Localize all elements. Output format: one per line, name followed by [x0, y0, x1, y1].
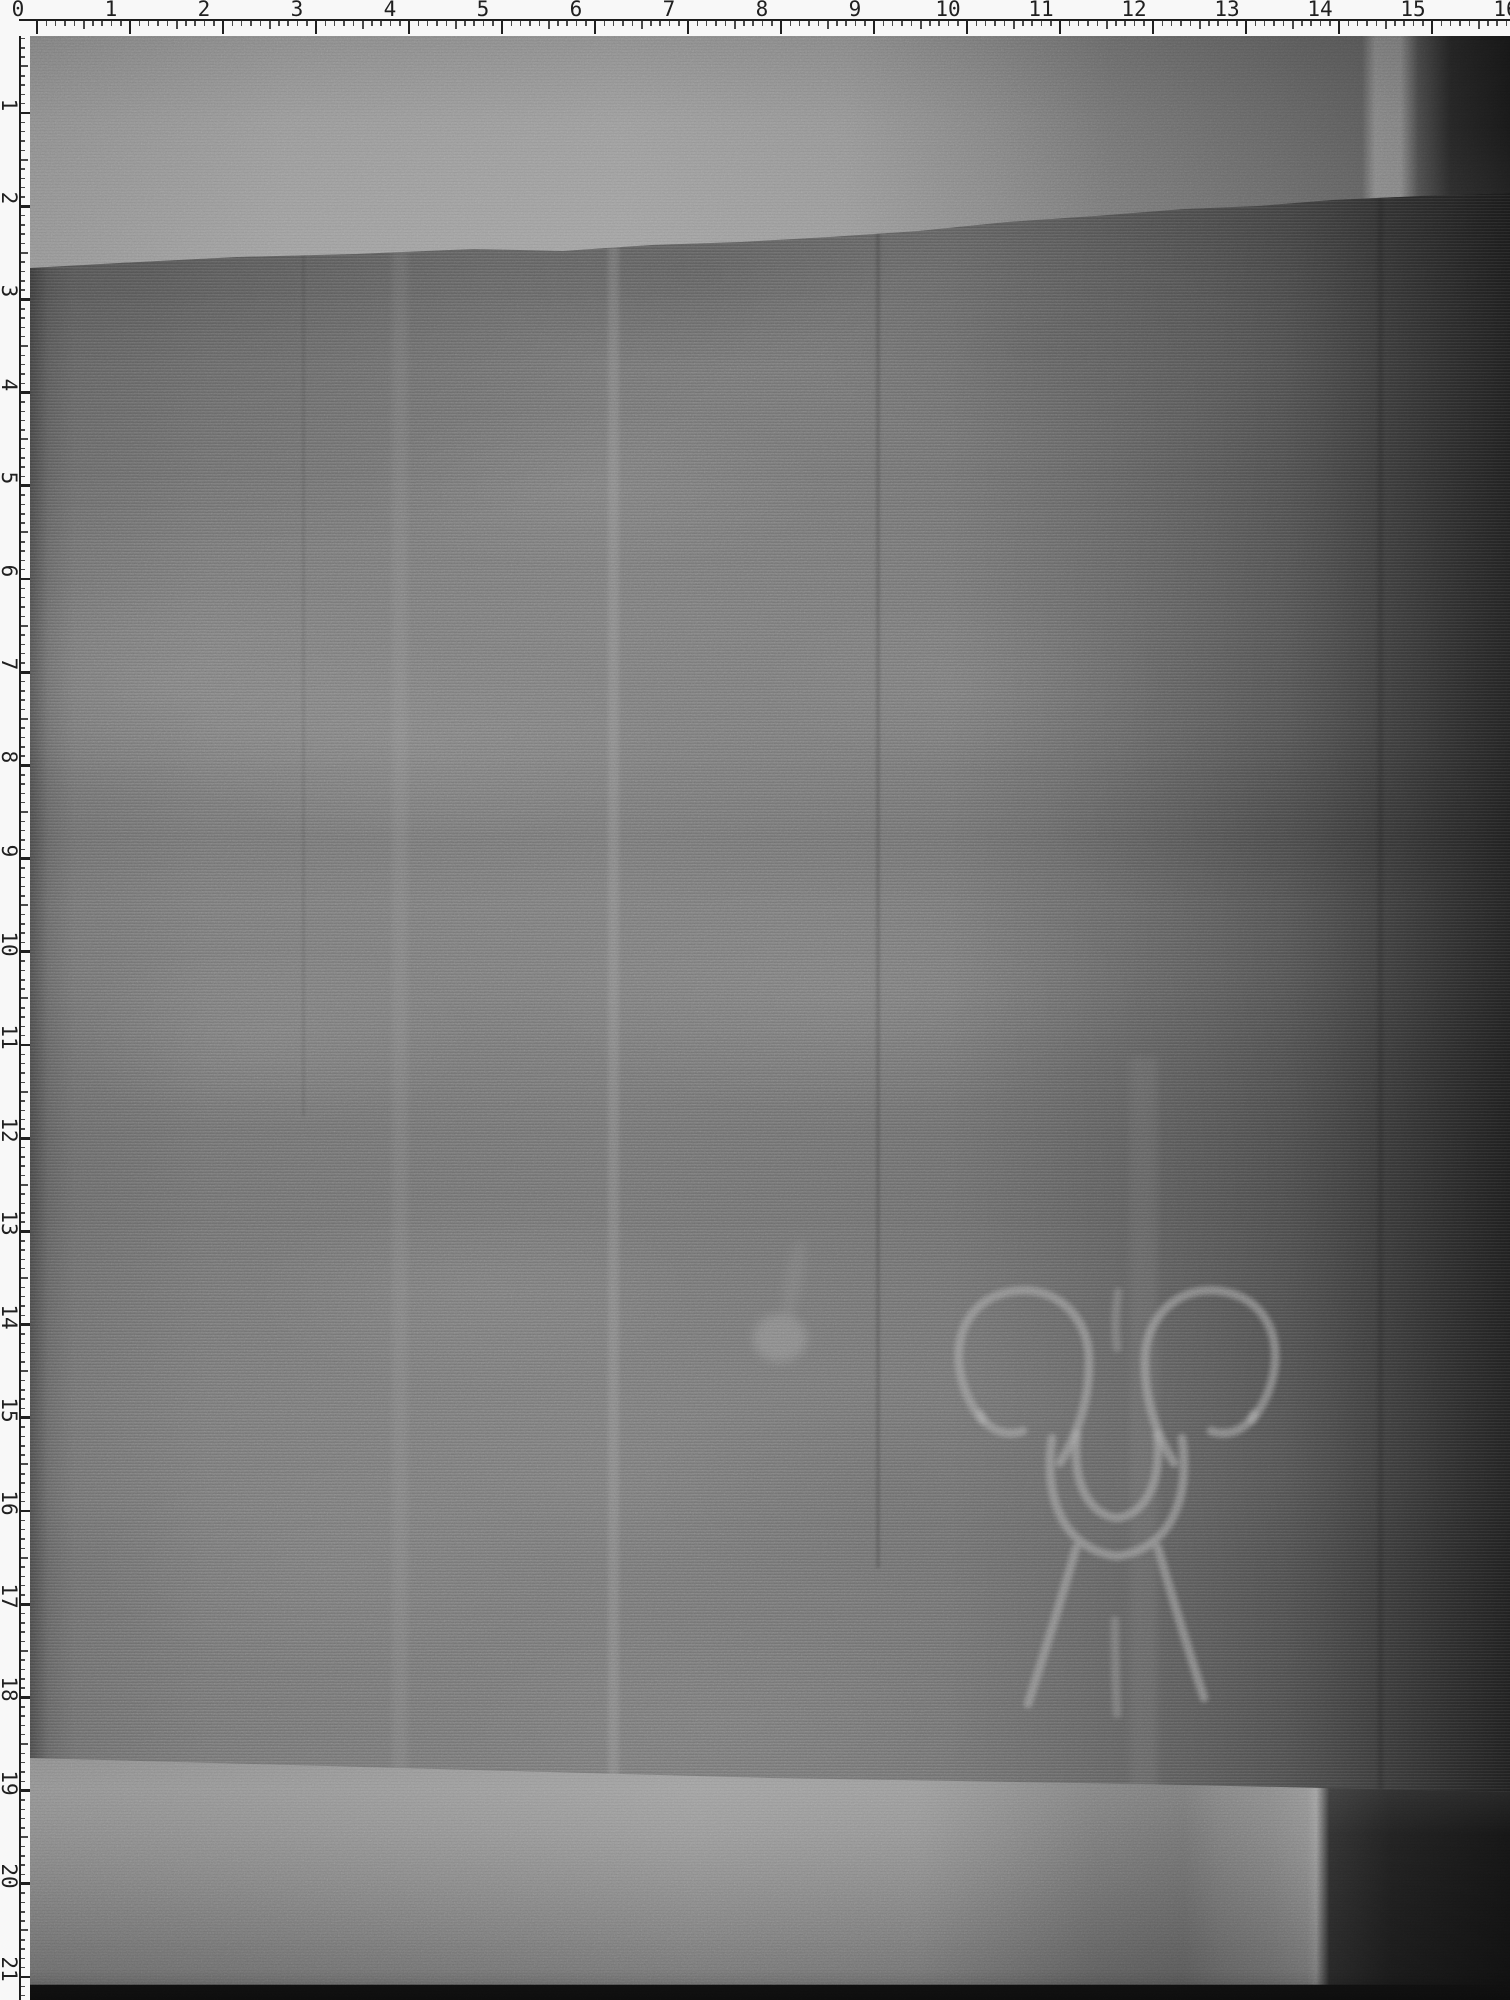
ruler-mm-tick	[19, 886, 25, 888]
ruler-mm-tick	[19, 1715, 25, 1717]
ruler-mm-tick	[19, 690, 25, 692]
ruler-cm-tick	[1245, 19, 1248, 34]
ruler-mm-tick	[883, 19, 885, 26]
ruler-mm-tick	[19, 1576, 25, 1578]
ruler-mm-tick	[19, 1911, 25, 1913]
ruler-mm-tick	[19, 1259, 25, 1261]
ruler-mm-tick	[697, 19, 699, 26]
emblem-right-leg	[1158, 1548, 1204, 1698]
ruler-mm-tick	[19, 47, 25, 49]
ruler-mm-tick	[818, 19, 820, 26]
ruler-halfcm-tick	[19, 1929, 28, 1931]
ruler-label: 18	[0, 1670, 19, 1708]
ruler-mm-tick	[19, 1082, 25, 1084]
ruler-mm-tick	[427, 19, 429, 26]
ruler-mm-tick	[19, 1548, 25, 1550]
ruler-mm-tick	[19, 38, 25, 40]
ruler-halfcm-tick	[19, 1184, 28, 1186]
ruler-halfcm-tick	[19, 438, 28, 440]
ruler-mm-tick	[19, 1175, 25, 1177]
ruler-label: 5	[463, 0, 503, 19]
ruler-label: 8	[742, 0, 782, 19]
ruler-mm-tick	[19, 1287, 25, 1289]
ruler-mm-tick	[743, 19, 745, 26]
ruler-mm-tick	[343, 19, 345, 26]
ruler-mm-tick	[101, 19, 103, 26]
ruler-label: 3	[277, 0, 317, 19]
ruler-mm-tick	[19, 1827, 25, 1829]
ruler-mm-tick	[539, 19, 541, 26]
ruler-left-baseline	[19, 19, 21, 2000]
ruler-mm-tick	[19, 681, 25, 683]
ruler-mm-tick	[19, 1063, 25, 1065]
ruler-halfcm-tick	[19, 625, 28, 627]
ruler-mm-tick	[1069, 19, 1071, 26]
ruler-mm-tick	[19, 1762, 25, 1764]
ruler-halfcm-tick	[1013, 19, 1015, 29]
ruler-halfcm-tick	[1385, 19, 1387, 29]
ruler-mm-tick	[19, 1054, 25, 1056]
ruler-mm-tick	[1255, 19, 1257, 26]
ruler-mm-tick	[19, 550, 25, 552]
ruler-mm-tick	[19, 839, 25, 841]
ruler-mm-tick	[19, 1920, 25, 1922]
ruler-mm-tick	[19, 178, 25, 180]
papyrus-sheet	[30, 36, 1510, 2000]
ruler-label: 6	[0, 552, 19, 590]
ruler-mm-tick	[19, 1725, 25, 1727]
ruler-mm-tick	[715, 19, 717, 26]
ruler-cm-tick	[19, 298, 30, 301]
ruler-cm-tick	[19, 857, 30, 860]
ruler-mm-tick	[185, 19, 187, 26]
ruler-mm-tick	[845, 19, 847, 26]
ruler-label: 2	[184, 0, 224, 19]
ruler-mm-tick	[19, 401, 25, 403]
ruler-label: 17	[0, 1577, 19, 1615]
ruler-halfcm-tick	[1199, 19, 1201, 29]
ruler-label: 12	[0, 1111, 19, 1149]
ruler-mm-tick	[19, 746, 25, 748]
ruler-mm-tick	[19, 737, 25, 739]
ruler-mm-tick	[19, 1389, 25, 1391]
ruler-mm-tick	[399, 19, 401, 26]
ruler-mm-tick	[911, 19, 913, 26]
ruler-mm-tick	[19, 727, 25, 729]
ruler-mm-tick	[799, 19, 801, 26]
ruler-label: 4	[370, 0, 410, 19]
ruler-mm-tick	[19, 1147, 25, 1149]
ruler-mm-tick	[976, 19, 978, 26]
ruler-mm-tick	[1301, 19, 1303, 26]
ruler-cm-tick	[687, 19, 690, 34]
ruler-mm-tick	[19, 1361, 25, 1363]
ruler-halfcm-tick	[548, 19, 550, 29]
ruler-mm-tick	[19, 187, 25, 189]
ruler-label: 15	[0, 1391, 19, 1429]
emblem-stem	[1116, 1292, 1118, 1348]
ruler-mm-tick	[19, 429, 25, 431]
emblem-cup-inner	[1076, 1434, 1158, 1518]
ruler-mm-tick	[241, 19, 243, 26]
ruler-mm-tick	[446, 19, 448, 26]
ruler-mm-tick	[19, 560, 25, 562]
ruler-mm-tick	[790, 19, 792, 26]
ruler-mm-tick	[1487, 19, 1489, 26]
ruler-halfcm-tick	[1478, 19, 1480, 29]
ruler-halfcm-tick	[19, 65, 28, 67]
ruler-label: 13	[0, 1204, 19, 1242]
ruler-mm-tick	[19, 1203, 25, 1205]
ruler-left: 0123456789101112131415161718192021	[0, 0, 30, 2000]
ruler-cm-tick	[19, 578, 30, 581]
ruler-mm-tick	[1357, 19, 1359, 26]
ruler-mm-tick	[19, 411, 25, 413]
ruler-mm-tick	[19, 1939, 25, 1941]
ruler-cm-tick	[315, 19, 318, 34]
ruler-mm-tick	[1469, 19, 1471, 26]
ruler-mm-tick	[752, 19, 754, 26]
ruler-halfcm-tick	[19, 252, 28, 254]
ruler-mm-tick	[678, 19, 680, 26]
ruler-mm-tick	[19, 1380, 25, 1382]
ruler-mm-tick	[19, 1296, 25, 1298]
ruler-mm-tick	[19, 597, 25, 599]
ruler-label: 11	[0, 1018, 19, 1056]
ruler-mm-tick	[929, 19, 931, 26]
ruler-halfcm-tick	[19, 345, 28, 347]
ruler-mm-tick	[725, 19, 727, 26]
ruler-mm-tick	[19, 1566, 25, 1568]
ruler-mm-tick	[808, 19, 810, 26]
ruler-halfcm-tick	[641, 19, 643, 29]
ruler-mm-tick	[194, 19, 196, 26]
ruler-halfcm-tick	[83, 19, 85, 29]
ruler-mm-tick	[557, 19, 559, 26]
ruler-mm-tick	[1004, 19, 1006, 26]
ruler-cm-tick	[222, 19, 225, 34]
ruler-mm-tick	[19, 1706, 25, 1708]
ruler-mm-tick	[19, 1734, 25, 1736]
ruler-cm-tick	[1431, 19, 1434, 34]
ruler-mm-tick	[19, 1855, 25, 1857]
emblem-right-horn-tail	[1211, 1414, 1254, 1433]
ruler-label: 7	[0, 645, 19, 683]
emblem-right-horn	[1145, 1290, 1275, 1463]
ruler-mm-tick	[19, 84, 25, 86]
ruler-cm-tick	[408, 19, 411, 34]
ruler-label: 5	[0, 459, 19, 497]
ruler-mm-tick	[19, 653, 25, 655]
ruler-mm-tick	[1394, 19, 1396, 26]
ruler-mm-tick	[19, 1631, 25, 1633]
ruler-mm-tick	[325, 19, 327, 26]
ruler-label: 1	[91, 0, 131, 19]
ruler-mm-tick	[19, 1641, 25, 1643]
ruler-mm-tick	[19, 1240, 25, 1242]
ruler-label: 10	[928, 0, 968, 19]
ruler-mm-tick	[19, 1659, 25, 1661]
ruler-mm-tick	[19, 280, 25, 282]
ruler-mm-tick	[1376, 19, 1378, 26]
ruler-label: 7	[649, 0, 689, 19]
ruler-label: 4	[0, 366, 19, 404]
ruler-mm-tick	[19, 709, 25, 711]
ruler-halfcm-tick	[455, 19, 457, 29]
ruler-mm-tick	[19, 1799, 25, 1801]
ruler-cm-tick	[19, 764, 30, 767]
ruler-mm-tick	[622, 19, 624, 26]
ruler-mm-tick	[19, 1268, 25, 1270]
ruler-mm-tick	[19, 1110, 25, 1112]
ruler-mm-tick	[260, 19, 262, 26]
ruler-mm-tick	[19, 988, 25, 990]
ruler-mm-tick	[1283, 19, 1285, 26]
ruler-halfcm-tick	[19, 1091, 28, 1093]
ruler-cm-tick	[19, 112, 30, 115]
ruler-mm-tick	[464, 19, 466, 26]
ruler-mm-tick	[1459, 19, 1461, 26]
ruler-mm-tick	[19, 271, 25, 273]
ruler-mm-tick	[19, 821, 25, 823]
ruler-halfcm-tick	[176, 19, 178, 29]
ruler-mm-tick	[19, 923, 25, 925]
ruler-mm-tick	[334, 19, 336, 26]
ruler-mm-tick	[19, 1343, 25, 1345]
ruler-mm-tick	[19, 56, 25, 58]
ruler-mm-tick	[19, 122, 25, 124]
ruler-mm-tick	[19, 914, 25, 916]
ruler-mm-tick	[836, 19, 838, 26]
ruler-mm-tick	[19, 1538, 25, 1540]
ruler-halfcm-tick	[19, 718, 28, 720]
ruler-mm-tick	[19, 1482, 25, 1484]
ruler-mm-tick	[250, 19, 252, 26]
ruler-mm-tick	[19, 1165, 25, 1167]
ruler-mm-tick	[19, 327, 25, 329]
ruler-cm-tick	[1152, 19, 1155, 34]
ruler-label: 16	[0, 1484, 19, 1522]
ruler-mm-tick	[1162, 19, 1164, 26]
ruler-mm-tick	[19, 1193, 25, 1195]
ruler-mm-tick	[492, 19, 494, 26]
pale-blot	[753, 1237, 810, 1362]
ruler-mm-tick	[19, 1948, 25, 1950]
ruler-label: 15	[1393, 0, 1433, 19]
ruler-mm-tick	[19, 131, 25, 133]
emblem-left-horn	[959, 1290, 1089, 1463]
ruler-mm-tick	[167, 19, 169, 26]
ruler-mm-tick	[19, 233, 25, 235]
ruler-halfcm-tick	[1106, 19, 1108, 29]
ruler-mm-tick	[19, 1846, 25, 1848]
ruler-cm-tick	[594, 19, 597, 34]
ruler-mm-tick	[19, 979, 25, 981]
ruler-mm-tick	[650, 19, 652, 26]
ruler-label: 19	[0, 1764, 19, 1802]
ruler-mm-tick	[19, 895, 25, 897]
ruler-label: 9	[0, 832, 19, 870]
ruler-mm-tick	[1450, 19, 1452, 26]
ruler-mm-tick	[278, 19, 280, 26]
ruler-cm-tick	[36, 19, 39, 34]
ruler-mm-tick	[19, 1902, 25, 1904]
ruler-cm-tick	[19, 484, 30, 487]
ruler-mm-tick	[19, 243, 25, 245]
emblem-center-line	[1115, 1620, 1117, 1714]
ruler-mm-tick	[64, 19, 66, 26]
ruler-mm-tick	[74, 19, 76, 26]
ruler-mm-tick	[19, 1622, 25, 1624]
ruler-mm-tick	[19, 1520, 25, 1522]
ruler-mm-tick	[520, 19, 522, 26]
ruler-mm-tick	[371, 19, 373, 26]
ruler-top: 012345678910111213141516	[0, 0, 1510, 36]
ruler-mm-tick	[139, 19, 141, 26]
ruler-mm-tick	[632, 19, 634, 26]
ruler-mm-tick	[55, 19, 57, 26]
ruler-halfcm-tick	[19, 1836, 28, 1838]
ruler-mm-tick	[19, 522, 25, 524]
ruler-halfcm-tick	[19, 904, 28, 906]
emblem-left-leg	[1028, 1548, 1076, 1704]
ruler-mm-tick	[473, 19, 475, 26]
ruler-mm-tick	[19, 150, 25, 152]
ruler-mm-tick	[213, 19, 215, 26]
ruler-label: 8	[0, 738, 19, 776]
ruler-mm-tick	[19, 140, 25, 142]
ruler-mm-tick	[19, 1007, 25, 1009]
ruler-mm-tick	[19, 1529, 25, 1531]
ruler-mm-tick	[19, 793, 25, 795]
ruler-cm-tick	[780, 19, 783, 34]
ruler-halfcm-tick	[19, 1370, 28, 1372]
ruler-cm-tick	[1338, 19, 1341, 34]
ruler-label: 13	[1207, 0, 1247, 19]
ruler-mm-tick	[19, 364, 25, 366]
ruler-mm-tick	[19, 970, 25, 972]
ruler-halfcm-tick	[269, 19, 271, 29]
emblem-cup-outer	[1050, 1438, 1184, 1556]
ruler-mm-tick	[19, 830, 25, 832]
ruler-mm-tick	[1264, 19, 1266, 26]
ruler-mm-tick	[19, 1156, 25, 1158]
ruler-mm-tick	[19, 75, 25, 77]
ruler-mm-tick	[19, 494, 25, 496]
ruler-cm-tick	[19, 391, 30, 394]
ruler-label: 14	[0, 1298, 19, 1336]
ruler-mm-tick	[380, 19, 382, 26]
ruler-mm-tick	[994, 19, 996, 26]
ruler-mm-tick	[287, 19, 289, 26]
ruler-mm-tick	[864, 19, 866, 26]
ruler-mm-tick	[585, 19, 587, 26]
ruler-label: 21	[0, 1950, 19, 1988]
ruler-mm-tick	[892, 19, 894, 26]
ruler-mm-tick	[19, 802, 25, 804]
ruler-halfcm-tick	[19, 1743, 28, 1745]
ruler-mm-tick	[1115, 19, 1117, 26]
ruler-mm-tick	[1097, 19, 1099, 26]
ruler-mm-tick	[19, 317, 25, 319]
ruler-halfcm-tick	[19, 1650, 28, 1652]
ruler-mm-tick	[19, 336, 25, 338]
ruler-mm-tick	[19, 783, 25, 785]
ruler-mm-tick	[19, 1613, 25, 1615]
ruler-cm-tick	[19, 205, 30, 208]
ruler-mm-tick	[19, 1016, 25, 1018]
ruler-mm-tick	[148, 19, 150, 26]
ruler-mm-tick	[19, 1072, 25, 1074]
ruler-cm-tick	[501, 19, 504, 34]
ruler-mm-tick	[436, 19, 438, 26]
ruler-mm-tick	[232, 19, 234, 26]
ruler-cm-tick	[966, 19, 969, 34]
ruler-mm-tick	[19, 373, 25, 375]
ruler-mm-tick	[1273, 19, 1275, 26]
ruler-label: 6	[556, 0, 596, 19]
ruler-mm-tick	[92, 19, 94, 26]
ruler-mm-tick	[511, 19, 513, 26]
ruler-mm-tick	[771, 19, 773, 26]
ruler-mm-tick	[19, 1995, 25, 1997]
ruler-mm-tick	[19, 774, 25, 776]
ruler-label: 14	[1300, 0, 1340, 19]
ruler-mm-tick	[613, 19, 615, 26]
ruler-mm-tick	[19, 877, 25, 879]
ruler-label: 2	[0, 179, 19, 217]
ruler-mm-tick	[353, 19, 355, 26]
ruler-mm-tick	[1348, 19, 1350, 26]
ruler-mm-tick	[1190, 19, 1192, 26]
ruler-halfcm-tick	[362, 19, 364, 29]
ruler-mm-tick	[529, 19, 531, 26]
ruler-mm-tick	[604, 19, 606, 26]
ruler-mm-tick	[19, 606, 25, 608]
ruler-label: 12	[1114, 0, 1154, 19]
ruler-mm-tick	[19, 448, 25, 450]
ruler-mm-tick	[19, 1454, 25, 1456]
ruler-mm-tick	[1441, 19, 1443, 26]
ruler-mm-tick	[19, 1986, 25, 1988]
ruler-mm-tick	[19, 420, 25, 422]
ruler-mm-tick	[566, 19, 568, 26]
ruler-halfcm-tick	[1292, 19, 1294, 29]
ruler-mm-tick	[19, 466, 25, 468]
ruler-halfcm-tick	[19, 811, 28, 813]
ruler-mm-tick	[46, 19, 48, 26]
ruler-mm-tick	[19, 457, 25, 459]
ruler-mm-tick	[19, 1100, 25, 1102]
ruler-label: 9	[835, 0, 875, 19]
ruler-halfcm-tick	[19, 997, 28, 999]
ruler-mm-tick	[19, 355, 25, 357]
ruler-mm-tick	[19, 1436, 25, 1438]
ruler-label: 16	[1486, 0, 1510, 19]
ruler-mm-tick	[1171, 19, 1173, 26]
ruler-mm-tick	[1087, 19, 1089, 26]
ruler-mm-tick	[19, 215, 25, 217]
ruler-mm-tick	[659, 19, 661, 26]
ruler-cm-tick	[1059, 19, 1062, 34]
ruler-cm-tick	[19, 671, 30, 674]
ruler-mm-tick	[120, 19, 122, 26]
ruler-label: 20	[0, 1857, 19, 1895]
ruler-mm-tick	[19, 867, 25, 869]
ruler-mm-tick	[19, 541, 25, 543]
ruler-mm-tick	[19, 1753, 25, 1755]
ruler-label: 1	[0, 86, 19, 124]
